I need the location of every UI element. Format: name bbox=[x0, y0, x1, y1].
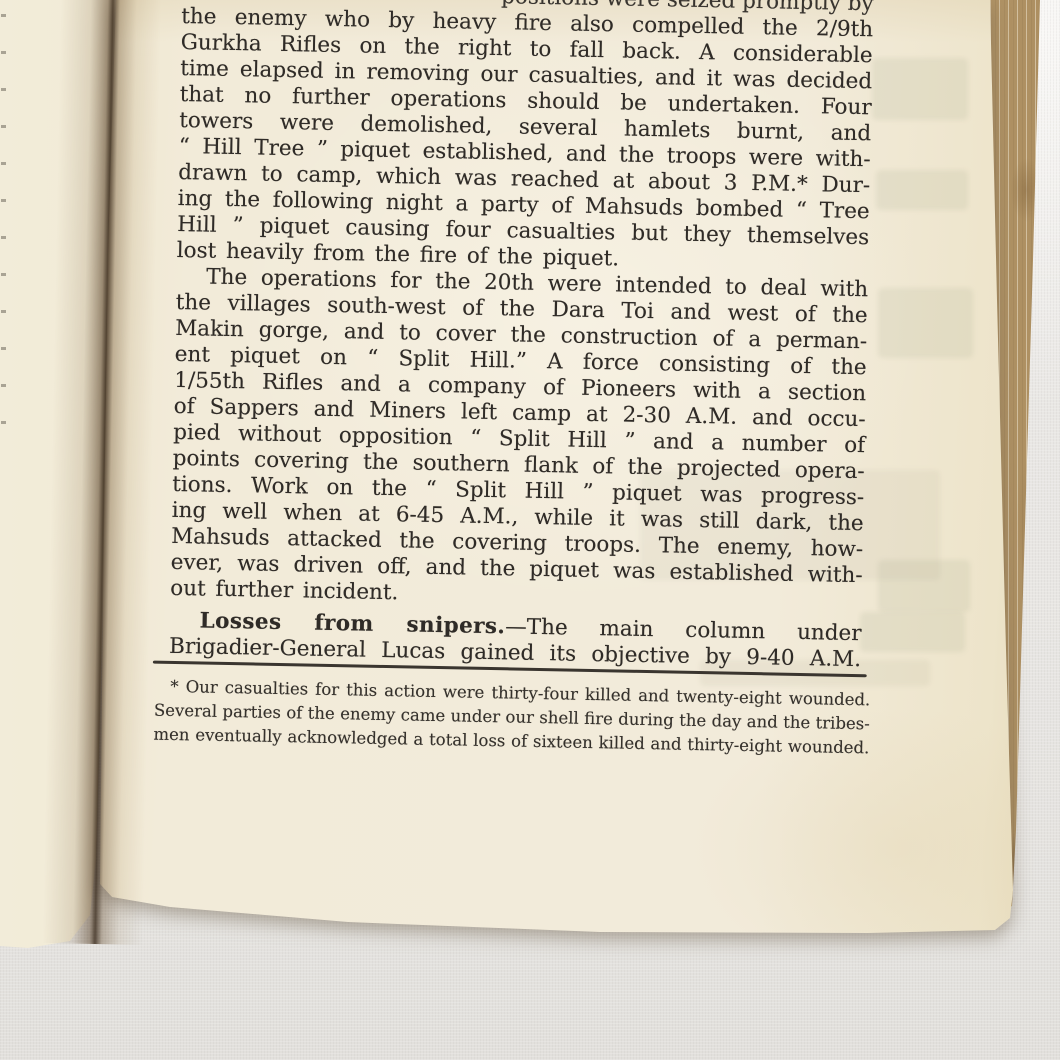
book-page: positions were seized promptly bythe ene… bbox=[0, 0, 1060, 1060]
show-through-smudge bbox=[872, 58, 968, 120]
footnote: * Our casualties for this action were th… bbox=[153, 675, 870, 761]
right-page-wrap: positions were seized promptly bythe ene… bbox=[0, 0, 1060, 1060]
gutter-shadow bbox=[43, 0, 161, 945]
show-through-smudge bbox=[876, 170, 968, 210]
show-through-smudge bbox=[878, 288, 973, 358]
paragraph: positions were seized promptly bythe ene… bbox=[177, 0, 874, 277]
book-photo: positions were seized promptly bythe ene… bbox=[0, 0, 1060, 1060]
body-paragraphs: positions were seized promptly bythe ene… bbox=[169, 0, 874, 673]
show-through-smudge bbox=[860, 612, 965, 652]
paragraph: The operations for the 20th were intende… bbox=[170, 264, 868, 615]
text-block: positions were seized promptly bythe ene… bbox=[167, 0, 874, 760]
show-through-smudge bbox=[878, 560, 970, 612]
